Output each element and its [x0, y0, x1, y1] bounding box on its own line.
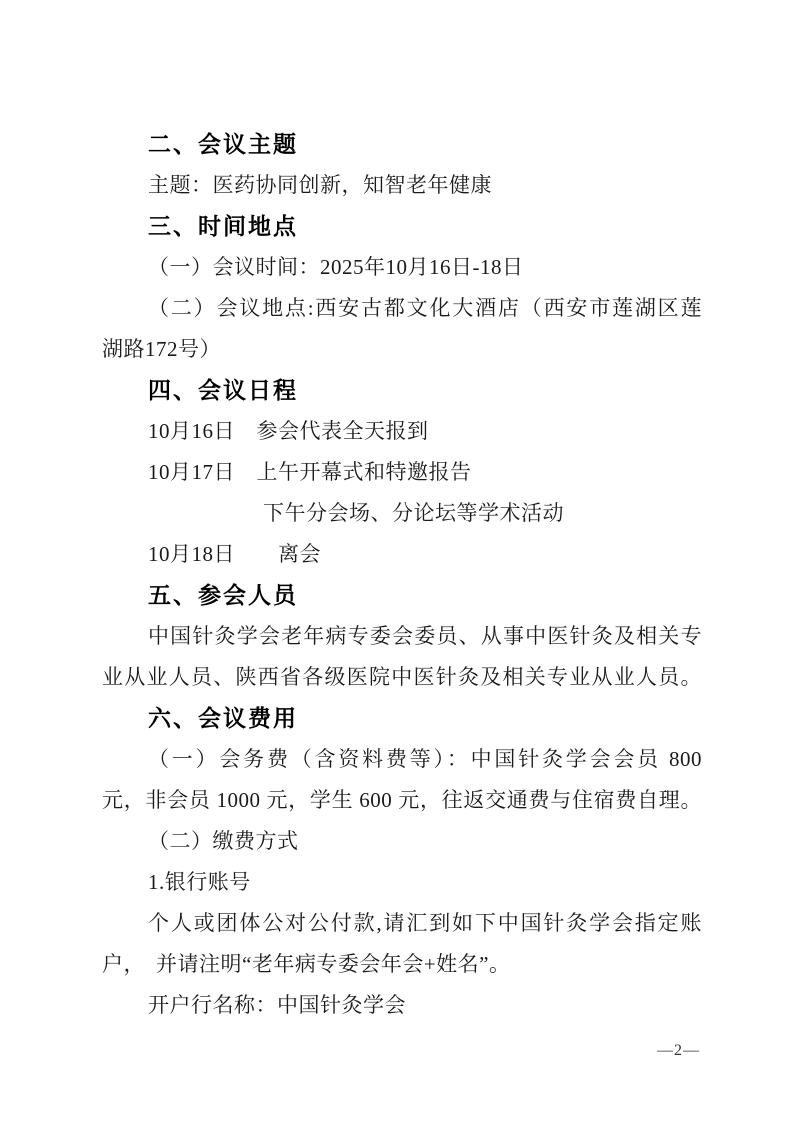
document-page: 二、会议主题 主题：医药协同创新，知智老年健康 三、时间地点 （一）会议时间：2… [0, 0, 800, 1131]
section-heading-agenda: 四、会议日程 [102, 370, 702, 411]
section-heading-fees: 六、会议费用 [102, 698, 702, 739]
page-number: —2— [657, 1042, 700, 1060]
section-heading-topic: 二、会议主题 [102, 124, 702, 165]
body-line-payment-note-2: 户， 并请注明“老年病专委会年会+姓名”。 [102, 944, 702, 985]
body-line-meeting-place-1: （二）会议地点:西安古都文化大酒店（西安市莲湖区莲 [102, 288, 702, 329]
body-line-meeting-place-2: 湖路172号） [102, 329, 702, 370]
body-line-agenda-oct17-am: 10月17日 上午开幕式和特邀报告 [102, 452, 702, 493]
body-line-topic: 主题：医药协同创新，知智老年健康 [102, 165, 702, 206]
body-line-agenda-oct17-pm: 下午分会场、分论坛等学术活动 [102, 493, 702, 534]
document-body: 二、会议主题 主题：医药协同创新，知智老年健康 三、时间地点 （一）会议时间：2… [102, 124, 702, 1026]
body-line-fees-1: （一）会务费（含资料费等）：中国针灸学会会员 800 [102, 739, 702, 780]
body-line-agenda-oct18: 10月18日 离会 [102, 534, 702, 575]
body-line-meeting-time: （一）会议时间：2025年10月16日-18日 [102, 247, 702, 288]
body-line-payment-note-1: 个人或团体公对公付款,请汇到如下中国针灸学会指定账 [102, 903, 702, 944]
body-line-bank-name: 开户行名称：中国针灸学会 [102, 985, 702, 1026]
body-line-participants-2: 业从业人员、陕西省各级医院中医针灸及相关专业从业人员。 [102, 657, 702, 698]
body-line-participants-1: 中国针灸学会老年病专委会委员、从事中医针灸及相关专 [102, 616, 702, 657]
body-line-payment-method: （二）缴费方式 [102, 821, 702, 862]
section-heading-time-place: 三、时间地点 [102, 206, 702, 247]
body-line-fees-2: 元，非会员 1000 元，学生 600 元，往返交通费与住宿费自理。 [102, 780, 702, 821]
section-heading-participants: 五、参会人员 [102, 575, 702, 616]
body-line-agenda-oct16: 10月16日 参会代表全天报到 [102, 411, 702, 452]
body-line-bank-account: 1.银行账号 [102, 862, 702, 903]
